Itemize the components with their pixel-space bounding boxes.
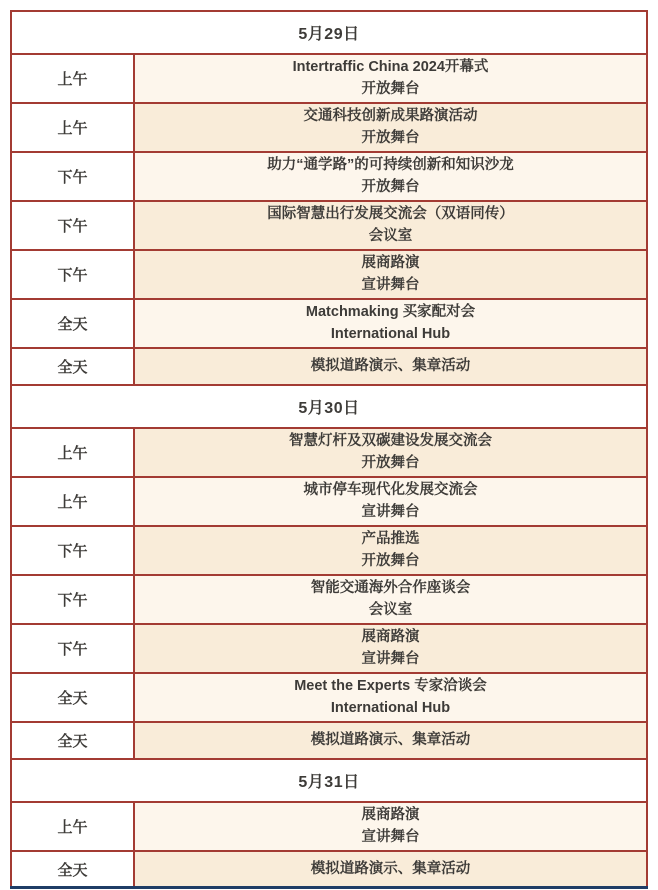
time-cell: 下午 <box>12 625 135 672</box>
event-title: 展商路演 <box>362 254 420 273</box>
time-label: 上午 <box>57 117 87 138</box>
schedule-row: 下午产品推选开放舞台 <box>12 525 646 574</box>
page-canvas: 5月29日上午Intertraffic China 2024开幕式开放舞台上午交… <box>0 0 658 890</box>
time-cell: 下午 <box>12 202 135 249</box>
event-cell: 展商路演宣讲舞台 <box>135 251 646 298</box>
schedule-row: 上午智慧灯杆及双碳建设发展交流会开放舞台 <box>12 427 646 476</box>
event-cell: 智能交通海外合作座谈会会议室 <box>135 576 646 623</box>
event-venue: 宣讲舞台 <box>362 503 420 522</box>
date-header: 5月31日 <box>298 769 359 792</box>
event-title: 模拟道路演示、集章活动 <box>311 731 471 750</box>
date-header: 5月30日 <box>298 395 359 418</box>
schedule-row: 全天模拟道路演示、集章活动 <box>12 347 646 384</box>
time-cell: 上午 <box>12 478 135 525</box>
event-venue: International Hub <box>331 699 450 718</box>
schedule-table: 5月29日上午Intertraffic China 2024开幕式开放舞台上午交… <box>10 10 648 889</box>
event-title: Meet the Experts 专家洽谈会 <box>294 677 487 696</box>
date-header-row: 5月31日 <box>12 758 646 801</box>
time-cell: 全天 <box>12 674 135 721</box>
schedule-row: 全天Meet the Experts 专家洽谈会International Hu… <box>12 672 646 721</box>
schedule-row: 下午展商路演宣讲舞台 <box>12 623 646 672</box>
time-label: 下午 <box>57 638 87 659</box>
time-cell: 下午 <box>12 576 135 623</box>
event-title: 国际智慧出行发展交流会（双语同传） <box>267 205 514 224</box>
time-label: 下午 <box>57 215 87 236</box>
event-venue: 开放舞台 <box>362 552 420 571</box>
event-cell: 国际智慧出行发展交流会（双语同传）会议室 <box>135 202 646 249</box>
time-cell: 全天 <box>12 723 135 758</box>
time-label: 全天 <box>57 356 87 377</box>
event-venue: International Hub <box>331 325 450 344</box>
event-venue: 会议室 <box>369 227 413 246</box>
time-cell: 全天 <box>12 349 135 384</box>
event-cell: Matchmaking 买家配对会International Hub <box>135 300 646 347</box>
time-label: 上午 <box>57 491 87 512</box>
time-cell: 全天 <box>12 300 135 347</box>
schedule-row: 全天Matchmaking 买家配对会International Hub <box>12 298 646 347</box>
event-title: Matchmaking 买家配对会 <box>306 303 475 322</box>
time-label: 全天 <box>57 730 87 751</box>
time-label: 上午 <box>57 816 87 837</box>
event-cell: 展商路演宣讲舞台 <box>135 625 646 672</box>
event-cell: Intertraffic China 2024开幕式开放舞台 <box>135 55 646 102</box>
time-label: 上午 <box>57 442 87 463</box>
time-cell: 下午 <box>12 251 135 298</box>
schedule-row: 全天模拟道路演示、集章活动 <box>12 721 646 758</box>
time-label: 下午 <box>57 589 87 610</box>
event-cell: 模拟道路演示、集章活动 <box>135 723 646 758</box>
time-cell: 上午 <box>12 429 135 476</box>
schedule-row: 下午助力“通学路”的可持续创新和知识沙龙开放舞台 <box>12 151 646 200</box>
event-title: 城市停车现代化发展交流会 <box>304 481 478 500</box>
event-title: Intertraffic China 2024开幕式 <box>293 58 489 77</box>
time-label: 下午 <box>57 540 87 561</box>
event-title: 模拟道路演示、集章活动 <box>311 860 471 879</box>
time-cell: 上午 <box>12 104 135 151</box>
event-cell: 城市停车现代化发展交流会宣讲舞台 <box>135 478 646 525</box>
schedule-row: 上午展商路演宣讲舞台 <box>12 801 646 850</box>
time-cell: 上午 <box>12 55 135 102</box>
schedule-row: 下午智能交通海外合作座谈会会议室 <box>12 574 646 623</box>
time-cell: 下午 <box>12 153 135 200</box>
time-label: 下午 <box>57 166 87 187</box>
event-cell: Meet the Experts 专家洽谈会International Hub <box>135 674 646 721</box>
time-label: 上午 <box>57 68 87 89</box>
event-cell: 交通科技创新成果路演活动开放舞台 <box>135 104 646 151</box>
event-title: 展商路演 <box>362 628 420 647</box>
event-venue: 开放舞台 <box>362 80 420 99</box>
event-venue: 宣讲舞台 <box>362 828 420 847</box>
event-title: 交通科技创新成果路演活动 <box>304 107 478 126</box>
time-label: 全天 <box>57 859 87 880</box>
time-label: 下午 <box>57 264 87 285</box>
event-title: 模拟道路演示、集章活动 <box>311 357 471 376</box>
event-cell: 助力“通学路”的可持续创新和知识沙龙开放舞台 <box>135 153 646 200</box>
event-title: 智能交通海外合作座谈会 <box>311 579 471 598</box>
schedule-row: 下午国际智慧出行发展交流会（双语同传）会议室 <box>12 200 646 249</box>
schedule-row: 下午展商路演宣讲舞台 <box>12 249 646 298</box>
event-cell: 模拟道路演示、集章活动 <box>135 852 646 887</box>
schedule-row: 上午交通科技创新成果路演活动开放舞台 <box>12 102 646 151</box>
time-cell: 全天 <box>12 852 135 887</box>
event-title: 助力“通学路”的可持续创新和知识沙龙 <box>267 156 514 175</box>
bottom-page-rule <box>10 886 648 889</box>
event-venue: 开放舞台 <box>362 129 420 148</box>
time-cell: 上午 <box>12 803 135 850</box>
event-cell: 产品推选开放舞台 <box>135 527 646 574</box>
event-title: 展商路演 <box>362 806 420 825</box>
event-title: 产品推选 <box>362 530 420 549</box>
event-cell: 智慧灯杆及双碳建设发展交流会开放舞台 <box>135 429 646 476</box>
date-header-row: 5月30日 <box>12 384 646 427</box>
event-venue: 宣讲舞台 <box>362 276 420 295</box>
date-header-row: 5月29日 <box>12 12 646 53</box>
schedule-row: 全天模拟道路演示、集章活动 <box>12 850 646 887</box>
time-cell: 下午 <box>12 527 135 574</box>
time-label: 全天 <box>57 687 87 708</box>
event-cell: 展商路演宣讲舞台 <box>135 803 646 850</box>
schedule-row: 上午城市停车现代化发展交流会宣讲舞台 <box>12 476 646 525</box>
event-venue: 宣讲舞台 <box>362 650 420 669</box>
event-cell: 模拟道路演示、集章活动 <box>135 349 646 384</box>
event-venue: 会议室 <box>369 601 413 620</box>
date-header: 5月29日 <box>298 21 359 44</box>
event-venue: 开放舞台 <box>362 178 420 197</box>
event-venue: 开放舞台 <box>362 454 420 473</box>
schedule-row: 上午Intertraffic China 2024开幕式开放舞台 <box>12 53 646 102</box>
time-label: 全天 <box>57 313 87 334</box>
event-title: 智慧灯杆及双碳建设发展交流会 <box>289 432 492 451</box>
